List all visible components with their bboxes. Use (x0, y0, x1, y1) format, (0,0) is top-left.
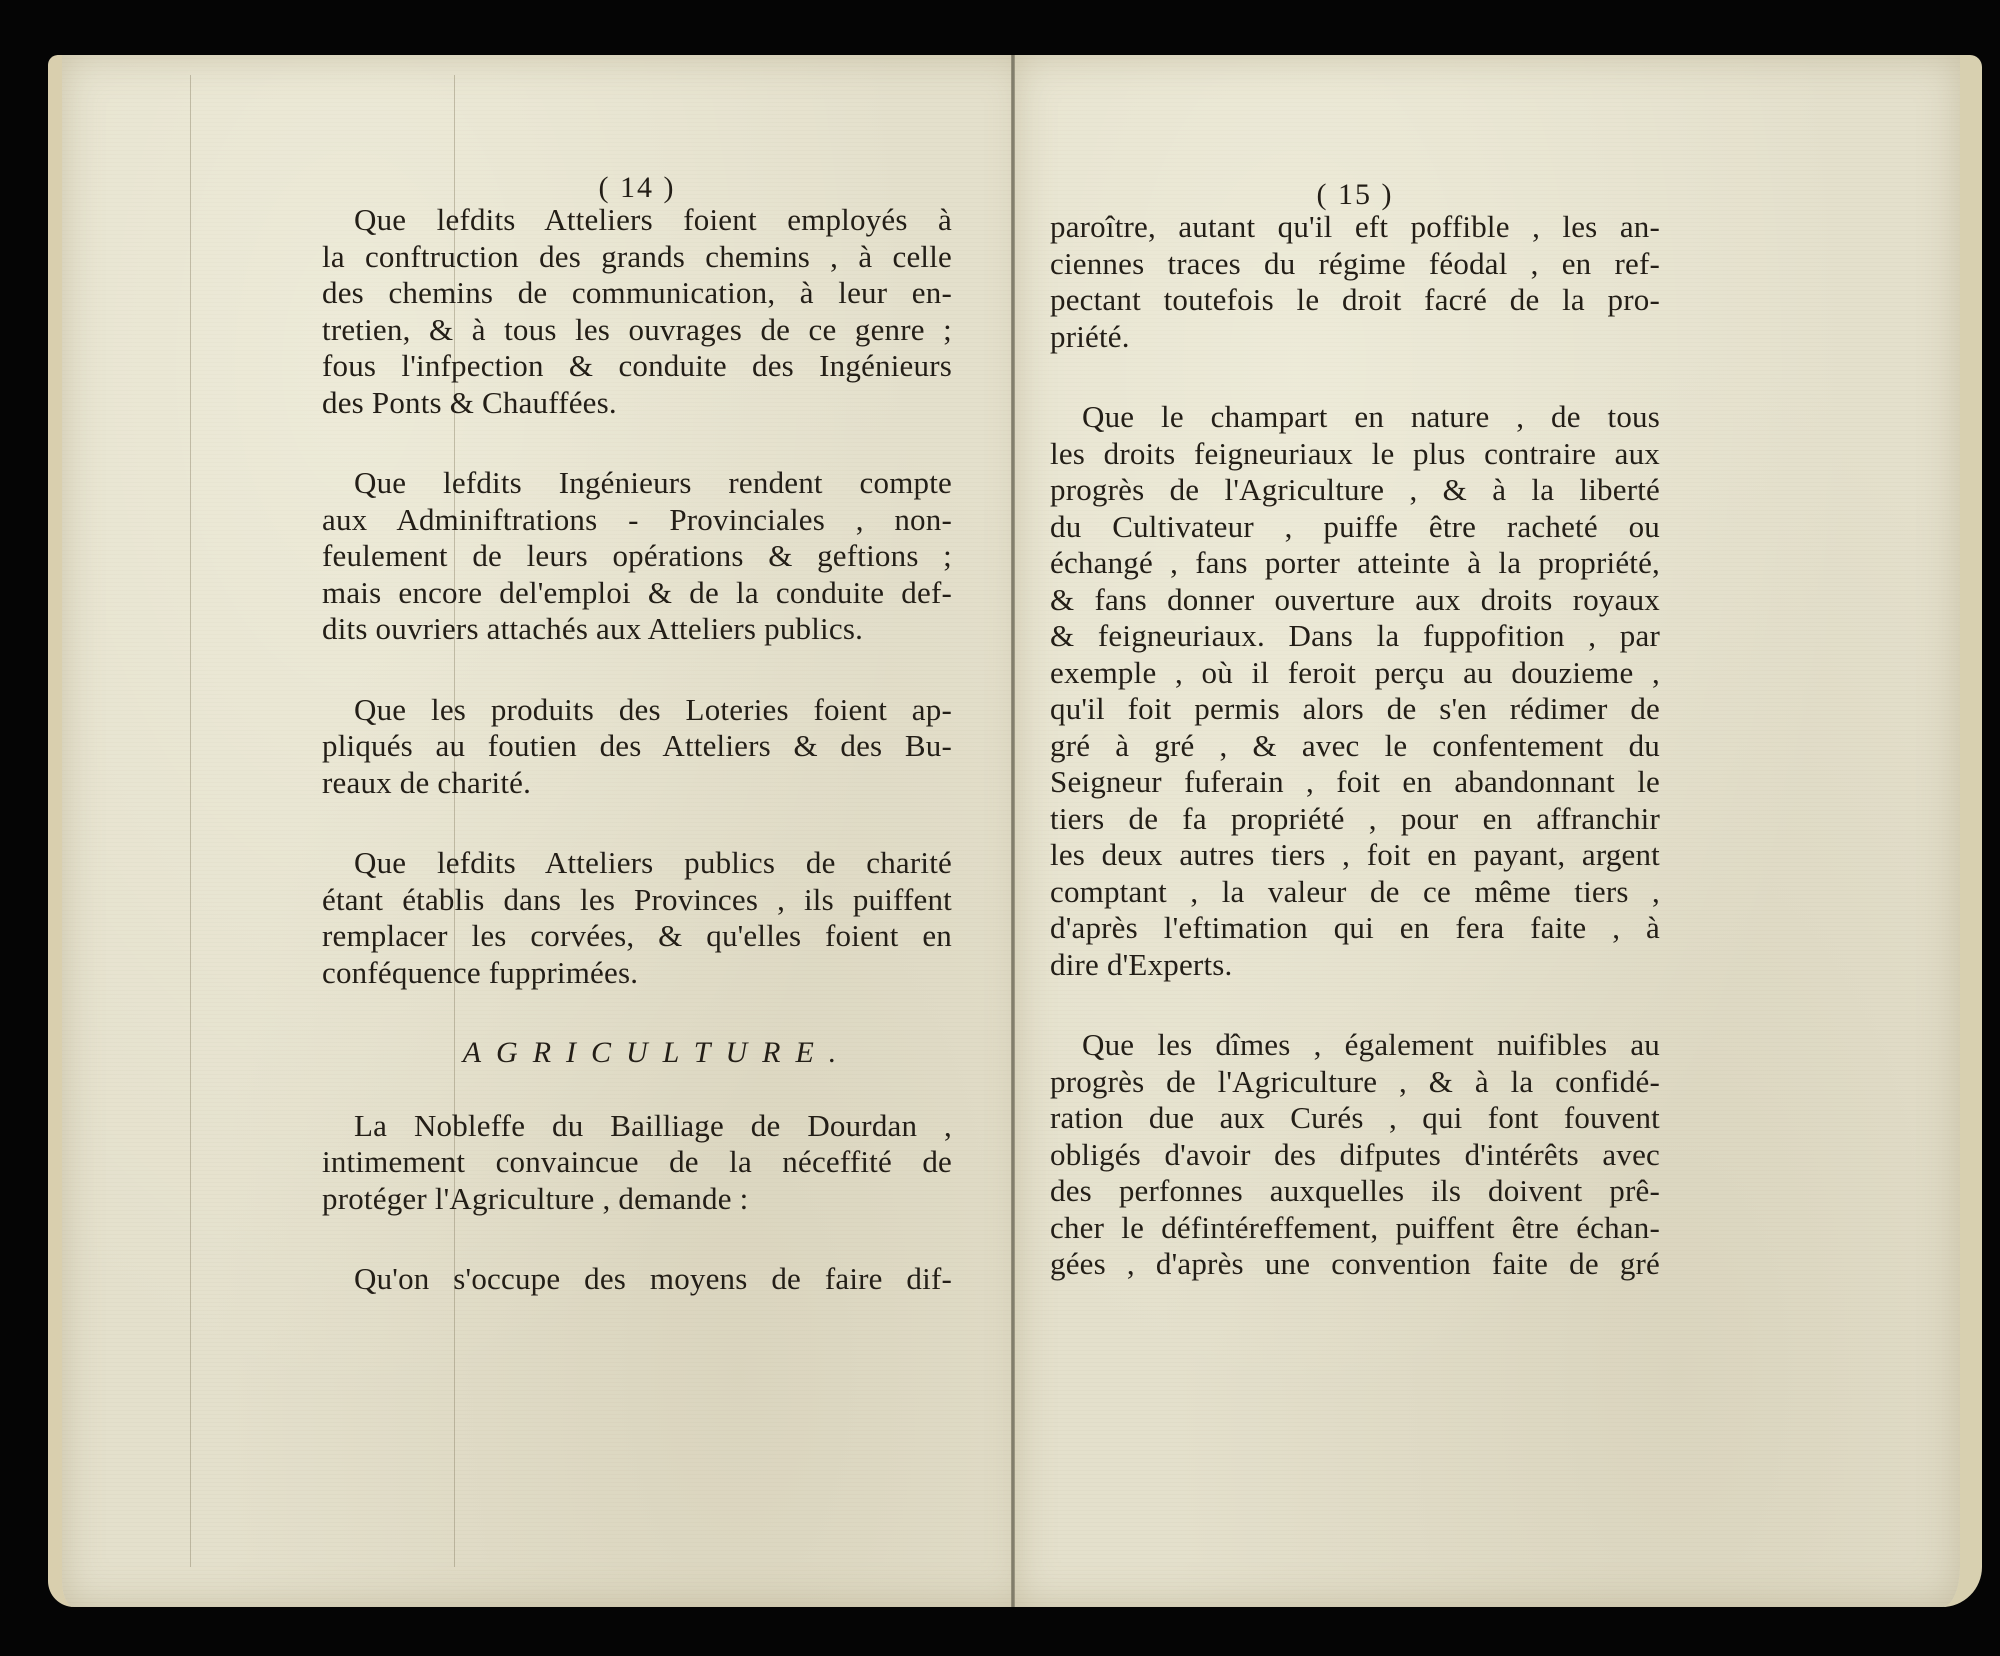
paragraph-continuation: paroître, autant qu'il eft poffible , le… (1050, 209, 1660, 355)
text-line: gées , d'après une convention faite de g… (1050, 1246, 1660, 1283)
text-line: La Nobleffe du Bailliage de Dourdan , (322, 1108, 952, 1145)
text-line: tretien, & à tous les ouvrages de ce gen… (322, 312, 952, 349)
paragraph: Qu'on s'occupe des moyens de faire dif- (322, 1261, 952, 1298)
paragraph: Que les produits des Loteries foient ap-… (322, 692, 952, 802)
text-line: & feigneuriaux. Dans la fuppofition , pa… (1050, 618, 1660, 655)
text-line: paroître, autant qu'il eft poffible , le… (1050, 209, 1660, 246)
text-line: les droits feigneuriaux le plus contrair… (1050, 436, 1660, 473)
text-line: tiers de fa propriété , pour en affranch… (1050, 801, 1660, 838)
text-line: Que lefdits Atteliers publics de charité (322, 845, 952, 882)
text-line: feulement de leurs opérations & geftions… (322, 538, 952, 575)
text-line: intimement convaincue de la néceffité de (322, 1144, 952, 1181)
paragraph: La Nobleffe du Bailliage de Dourdan , in… (322, 1108, 952, 1218)
text-line: échangé , fans porter atteinte à la prop… (1050, 545, 1660, 582)
text-line: ciennes traces du régime féodal , en ref… (1050, 246, 1660, 283)
text-line: progrès de l'Agriculture , & à la libert… (1050, 472, 1660, 509)
text-line: d'après l'eftimation qui en fera faite ,… (1050, 910, 1660, 947)
text-line: la conftruction des grands chemins , à c… (322, 239, 952, 276)
text-line: des chemins de communication, à leur en- (322, 275, 952, 312)
text-line: fous l'infpection & conduite des Ingénie… (322, 348, 952, 385)
text-line: mais encore del'emploi & de la conduite … (322, 575, 952, 612)
right-page-text: ( 15 ) paroître, autant qu'il eft poffib… (1050, 175, 1660, 1327)
text-line: Qu'on s'occupe des moyens de faire dif- (322, 1261, 952, 1298)
text-line: priété. (1050, 319, 1660, 356)
text-line: exemple , où il feroit perçu au douzieme… (1050, 655, 1660, 692)
paragraph: Que lefdits Atteliers publics de charité… (322, 845, 952, 991)
text-line: pectant toutefois le droit facré de la p… (1050, 282, 1660, 319)
paragraph: Que lefdits Atteliers foient employés à … (322, 202, 952, 421)
text-line: protéger l'Agriculture , demande : (322, 1181, 952, 1218)
text-line: comptant , la valeur de ce même tiers , (1050, 874, 1660, 911)
left-page-text: ( 14 ) Que lefdits Atteliers foient empl… (322, 168, 952, 1342)
section-heading: AGRICULTURE. (322, 1035, 952, 1072)
text-line: étant établis dans les Provinces , ils p… (322, 882, 952, 919)
text-line: Que les dîmes , également nuifibles au (1050, 1027, 1660, 1064)
text-line: des perfonnes auxquelles ils doivent prê… (1050, 1173, 1660, 1210)
text-line: pliqués au foutien des Atteliers & des B… (322, 728, 952, 765)
text-line: obligés d'avoir des difputes d'intérêts … (1050, 1137, 1660, 1174)
text-line: dire d'Experts. (1050, 947, 1660, 984)
paper-chain-line (190, 75, 191, 1567)
text-line: & fans donner ouverture aux droits royau… (1050, 582, 1660, 619)
text-line: gré à gré , & avec le confentement du (1050, 728, 1660, 765)
text-line: conféquence fupprimées. (322, 955, 952, 992)
text-line: cher le défintéreffement, puiffent être … (1050, 1210, 1660, 1247)
text-line: Que les produits des Loteries foient ap- (322, 692, 952, 729)
text-line: des Ponts & Chauffées. (322, 385, 952, 422)
text-line: reaux de charité. (322, 765, 952, 802)
text-line: qu'il foit permis alors de s'en rédimer … (1050, 691, 1660, 728)
text-line: Que lefdits Ingénieurs rendent compte (322, 465, 952, 502)
text-line: ration due aux Curés , qui font fouvent (1050, 1100, 1660, 1137)
paragraph: Que le champart en nature , de tous les … (1050, 399, 1660, 983)
text-line: Que lefdits Atteliers foient employés à (322, 202, 952, 239)
paragraph: Que lefdits Ingénieurs rendent compte au… (322, 465, 952, 648)
text-line: les deux autres tiers , foit en payant, … (1050, 837, 1660, 874)
text-line: dits ouvriers attachés aux Atteliers pub… (322, 611, 952, 648)
text-line: progrès de l'Agriculture , & à la confid… (1050, 1064, 1660, 1101)
text-line: remplacer les corvées, & qu'elles foient… (322, 918, 952, 955)
text-line: aux Adminiftrations - Provinciales , non… (322, 502, 952, 539)
text-line: Seigneur fuferain , foit en abandonnant … (1050, 764, 1660, 801)
text-line: Que le champart en nature , de tous (1050, 399, 1660, 436)
book-gutter (1011, 55, 1015, 1607)
text-line: du Cultivateur , puiffe être racheté ou (1050, 509, 1660, 546)
paragraph: Que les dîmes , également nuifibles au p… (1050, 1027, 1660, 1283)
